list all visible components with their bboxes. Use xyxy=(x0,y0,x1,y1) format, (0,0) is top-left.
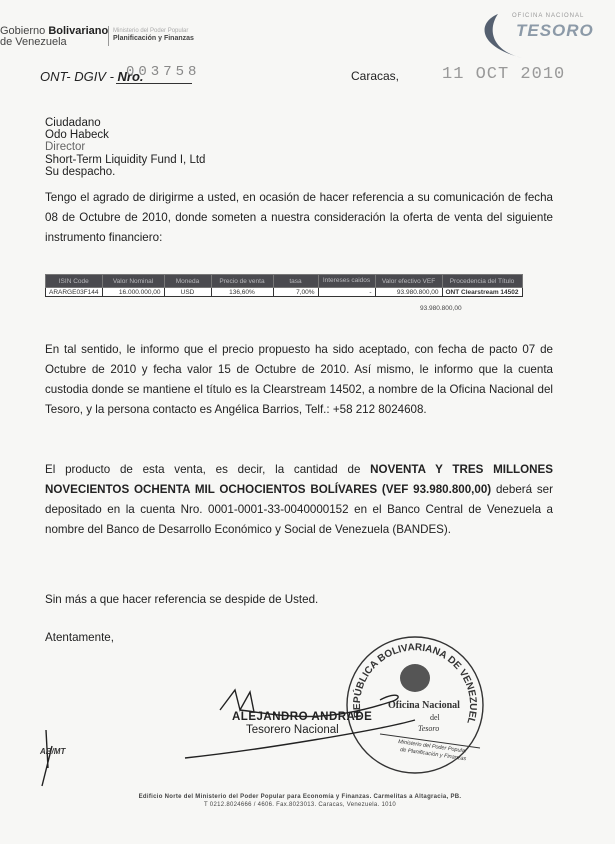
reference-underline xyxy=(116,83,192,84)
ministry-line-2: Planificación y Finanzas xyxy=(113,35,194,43)
col-isin: ISIN Code xyxy=(46,275,103,288)
reference-number-stamp: 003758 xyxy=(126,64,200,80)
col-currency: Moneda xyxy=(164,275,211,288)
paragraph-closing: Sin más a que hacer referencia se despid… xyxy=(45,590,553,610)
col-rate: tasa xyxy=(273,275,318,288)
gov-line-2: de Venezuela xyxy=(0,36,67,48)
addressee-name: Odo Habeck xyxy=(45,129,205,141)
signatory-name: ALEJANDRO ANDRADE xyxy=(232,711,372,723)
addressee-block: Ciudadano Odo Habeck Director Short-Term… xyxy=(45,117,205,178)
paragraph-acceptance: En tal sentido, le informo que el precio… xyxy=(45,340,553,420)
cell-origin: ONT Clearstream 14502 xyxy=(442,288,522,297)
addressee-salutation: Ciudadano xyxy=(45,117,205,129)
svg-text:Tesoro: Tesoro xyxy=(418,724,439,733)
paragraph-payment: El producto de esta venta, es decir, la … xyxy=(45,460,553,540)
cell-nominal: 16.000.000,00 xyxy=(102,288,164,297)
table-row: ARARGE03F144 16.000.000,00 USD 136,60% 7… xyxy=(46,288,523,297)
initials-mark xyxy=(38,728,58,788)
cell-price: 136,60% xyxy=(211,288,273,297)
col-effective-value: Valor efectivo VEF xyxy=(375,275,442,288)
cell-currency: USD xyxy=(164,288,211,297)
cell-interest: - xyxy=(318,288,375,297)
table-total: 93.980.800,00 xyxy=(420,305,462,312)
addressee-company: Short-Term Liquidity Fund I, Ltd xyxy=(45,154,205,166)
cell-isin: ARARGE03F144 xyxy=(46,288,103,297)
ministry-name: Ministerio del Poder Popular Planificaci… xyxy=(113,27,194,43)
header-divider xyxy=(108,26,109,46)
reference-prefix: ONT- DGIV - xyxy=(40,69,118,84)
col-origin: Procedencia del Título xyxy=(442,275,522,288)
cell-rate: 7,00% xyxy=(273,288,318,297)
signatory-title: Tesorero Nacional xyxy=(246,724,339,736)
col-interest: Intereses caidos xyxy=(318,275,375,288)
tesoro-subtitle: OFICINA NACIONAL xyxy=(512,13,584,19)
footer-line-2: T 0212.8024666 / 4606. Fax.8023013. Cara… xyxy=(60,801,540,809)
city: Caracas, xyxy=(351,69,399,83)
date-stamp: 11 OCT 2010 xyxy=(442,65,565,84)
addressee-role: Director xyxy=(45,141,205,153)
col-price: Precio de venta xyxy=(211,275,273,288)
addressee-closing: Su despacho. xyxy=(45,166,205,178)
instrument-table: ISIN Code Valor Nominal Moneda Precio de… xyxy=(45,274,523,297)
ministry-line-1: Ministerio del Poder Popular xyxy=(113,27,194,35)
paragraph-intro: Tengo el agrado de dirigirme a usted, en… xyxy=(45,188,553,248)
tesoro-title: TESORO xyxy=(516,21,594,41)
svg-text:del: del xyxy=(430,713,441,722)
table-header-row: ISIN Code Valor Nominal Moneda Precio de… xyxy=(46,275,523,288)
footer-line-1: Edificio Norte del Ministerio del Poder … xyxy=(60,793,540,801)
footer-address: Edificio Norte del Ministerio del Poder … xyxy=(60,793,540,809)
tesoro-logo: OFICINA NACIONAL TESORO xyxy=(470,10,610,60)
cell-effective-value: 93.980.800,00 xyxy=(375,288,442,297)
government-logo-text: Gobierno Bolivariano de Venezuela xyxy=(0,26,108,48)
payment-text-a: El producto de esta venta, es decir, la … xyxy=(45,463,370,476)
col-nominal: Valor Nominal xyxy=(102,275,164,288)
typist-initials: AB/MT xyxy=(40,747,65,756)
